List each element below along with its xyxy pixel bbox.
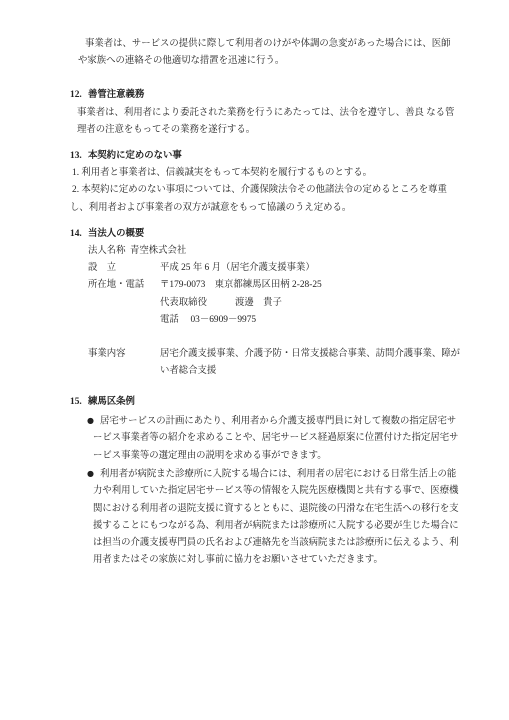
ordinance-bullet-1: ●居宅サービスの計画にあたり、利用者から介護支援専門員に対して複数の指定居宅サー… <box>93 412 462 465</box>
field-value: 代表取締役 渡邊 貴子 <box>160 295 462 312</box>
field-row-corporate-name: 法人名称 青空株式会社 <box>88 243 462 260</box>
ordinance-bullet-list: ●居宅サービスの計画にあたり、利用者から介護支援専門員に対して複数の指定居宅サー… <box>93 412 462 570</box>
section-13-item-2: 2. 本契約に定めのない事項については、介護保険法令その他諸法令の定めるところを… <box>70 182 462 216</box>
section-15-title: 練馬区条例 <box>88 397 135 407</box>
bullet-icon: ● <box>87 412 94 429</box>
field-row-address-phone: 所在地・電話 〒179-0073 東京都練馬区田柄 2-28-25 <box>88 277 462 294</box>
field-row-business-content: 事業内容 居宅介護支援事業、介護予防・日常支援総合事業、訪問介護事業、障がい者総… <box>88 346 462 380</box>
field-value: 電話 03－6909－9975 <box>160 312 462 329</box>
section-14-heading: 14.当法人の概要 <box>70 226 462 243</box>
section-12-body: 事業者は、利用者により委託された業務を行うにあたっては、法令を遵守し、善良 なる… <box>77 105 462 139</box>
section-13-number: 13. <box>70 148 88 165</box>
bullet-text: 居宅サービスの計画にあたり、利用者から介護支援専門員に対して複数の指定居宅サービ… <box>93 416 458 460</box>
company-overview-fields: 法人名称 青空株式会社 設 立 平成 25 年 6 月（居宅介護支援事業） 所在… <box>88 243 462 380</box>
bullet-text: 利用者が病院また診療所に入院する場合には、利用者の居宅における日常生活上の能力や… <box>93 469 459 565</box>
field-label: 事業内容 <box>88 346 160 363</box>
field-row-representative: 代表取締役 渡邊 貴子 <box>88 295 462 312</box>
ordinance-bullet-2: ●利用者が病院また診療所に入院する場合には、利用者の居宅における日常生活上の能力… <box>93 465 462 570</box>
section-12-heading: 12.善管注意義務 <box>70 87 462 104</box>
section-14-number: 14. <box>70 226 88 243</box>
section-14-title: 当法人の概要 <box>88 229 144 239</box>
section-13-title: 本契約に定めのない事 <box>88 151 182 161</box>
field-value: 居宅介護支援事業、介護予防・日常支援総合事業、訪問介護事業、障がい者総合支援 <box>160 346 462 380</box>
field-label: 法人名称 <box>88 243 130 260</box>
field-label: 所在地・電話 <box>88 277 160 294</box>
field-value: 平成 25 年 6 月（居宅介護支援事業） <box>160 260 462 277</box>
section-12-title: 善管注意義務 <box>88 90 144 100</box>
field-value: 青空株式会社 <box>130 243 462 260</box>
bullet-icon: ● <box>87 465 94 482</box>
section-13-item-1: 1. 利用者と事業者は、信義誠実をもって本契約を履行するものとする。 <box>70 165 462 182</box>
section-15-heading: 15.練馬区条例 <box>70 394 462 411</box>
field-row-phone: 電話 03－6909－9975 <box>88 312 462 329</box>
intro-paragraph: 事業者は、サービスの提供に際して利用者のけがや体調の急変があった場合には、医師 … <box>78 36 462 70</box>
document-page: 事業者は、サービスの提供に際して利用者のけがや体調の急変があった場合には、医師 … <box>0 0 509 720</box>
field-row-established: 設 立 平成 25 年 6 月（居宅介護支援事業） <box>88 260 462 277</box>
field-label: 設 立 <box>88 260 160 277</box>
section-15-number: 15. <box>70 394 88 411</box>
field-value: 〒179-0073 東京都練馬区田柄 2-28-25 <box>160 277 462 294</box>
section-12-number: 12. <box>70 87 88 104</box>
section-13-heading: 13.本契約に定めのない事 <box>70 148 462 165</box>
